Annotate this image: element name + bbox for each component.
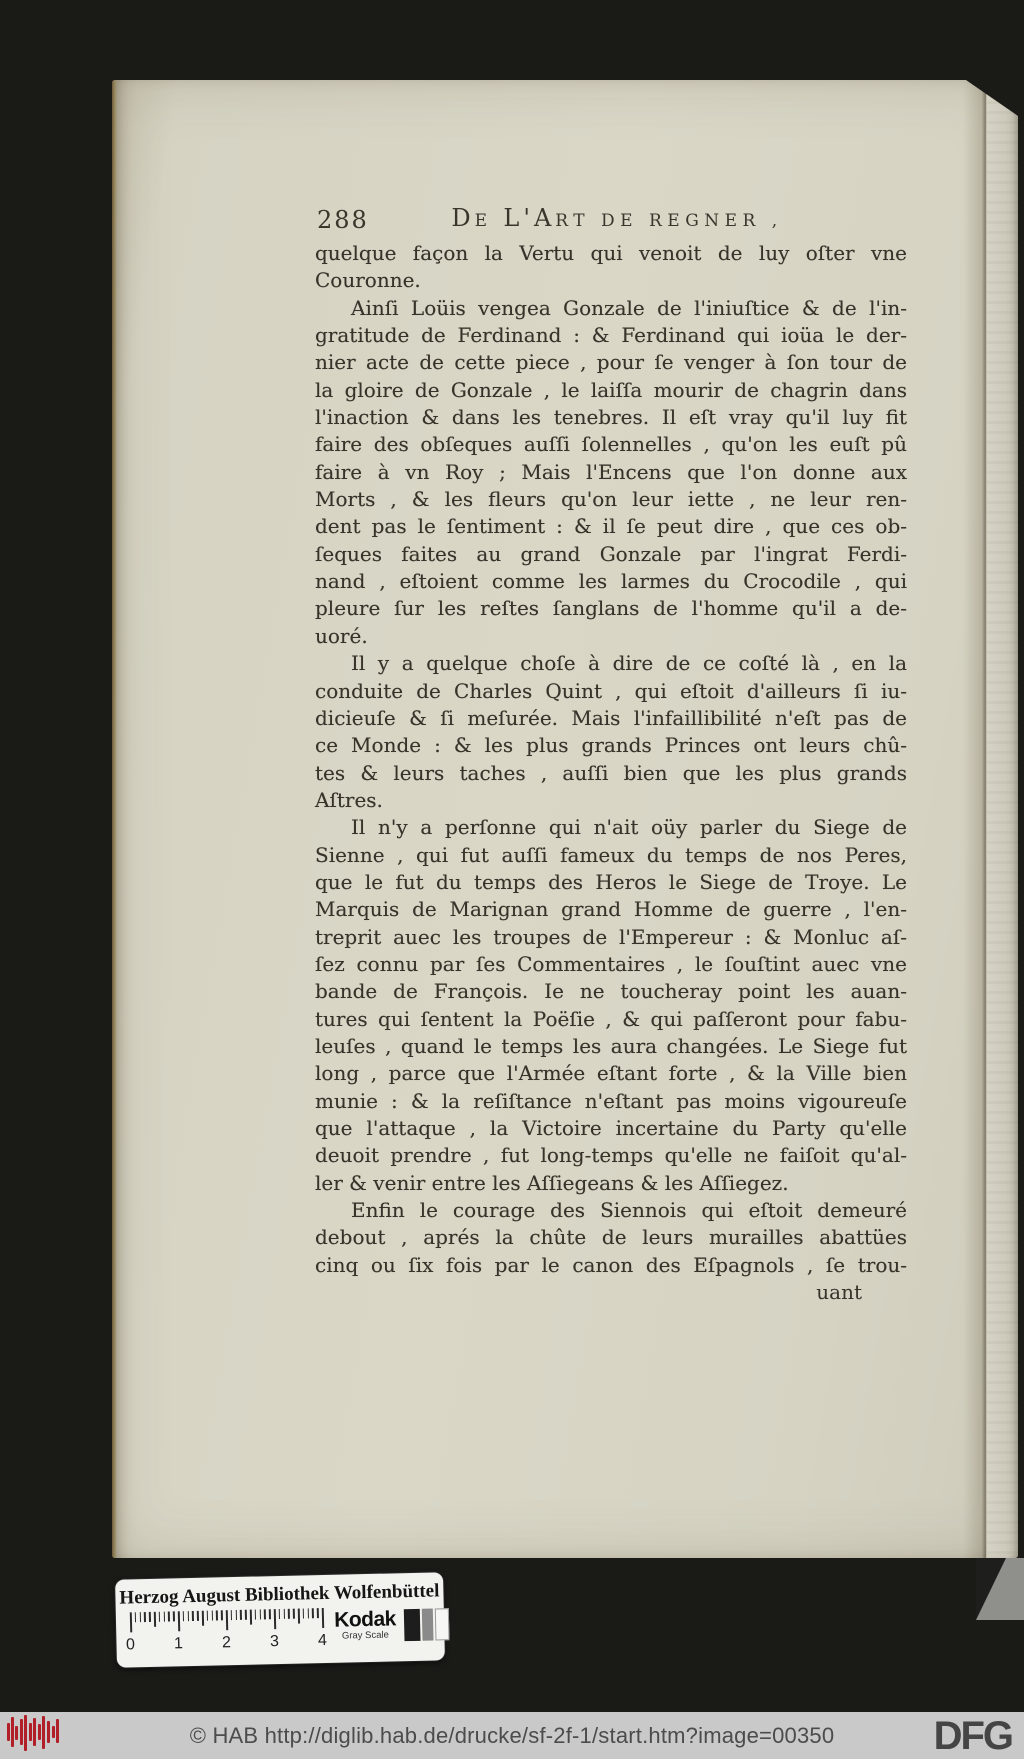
running-title-segment: L'A	[503, 204, 555, 232]
ruler-number: 2	[222, 1634, 231, 1652]
running-title-segment: E	[475, 211, 504, 231]
text-line: quelque façon la Vertu qui venoit de luy…	[315, 240, 907, 267]
ruler-tick	[178, 1611, 180, 1631]
ruler-tick	[322, 1608, 324, 1628]
text-line: Sienne , qui fut auſſi fameux du temps d…	[315, 842, 907, 869]
kodak-block: Kodak Gray Scale	[328, 1607, 403, 1642]
body-text: quelque façon la Vertu qui venoit de luy…	[315, 240, 907, 1279]
running-title-segment: D	[451, 204, 474, 232]
label-row: 01234 Kodak Gray Scale	[116, 1602, 445, 1661]
book-lower-edge	[976, 1558, 1024, 1620]
text-line: long , parce que l'Armée eſtant forte , …	[315, 1060, 907, 1087]
ruler-tick	[135, 1612, 137, 1622]
ruler-tick	[250, 1610, 252, 1625]
library-label: Herzog August Bibliothek Wolfenbüttel 01…	[115, 1572, 445, 1667]
ruler-number: 0	[126, 1636, 135, 1654]
text-line: nand , eſtoient comme les larmes du Croc…	[315, 568, 907, 595]
ruler-tick	[226, 1610, 228, 1630]
ruler-tick	[159, 1612, 161, 1622]
ruler-tick	[163, 1612, 165, 1622]
ruler-tick	[307, 1608, 309, 1618]
running-title-segment: RT	[555, 211, 601, 231]
text-line: Enfin le courage des Siennois qui eſtoit…	[315, 1197, 907, 1224]
ruler-tick	[154, 1612, 156, 1627]
page-header: 288 DE L'ART DE REGNER ,	[112, 204, 1018, 238]
running-title-segment: REGNER ,	[649, 211, 783, 231]
ruler-tick	[149, 1612, 151, 1622]
book-page-edges	[987, 84, 1018, 1558]
source-url: © HAB http://diglib.hab.de/drucke/sf-2f-…	[0, 1712, 1024, 1759]
ruler-tick	[197, 1611, 199, 1621]
ruler-tick	[312, 1608, 314, 1618]
text-line: Aſtres.	[315, 787, 907, 814]
ruler-tick	[173, 1611, 175, 1621]
text-line: Ainſi Loüis vengea Gonzale de l'iniuſtic…	[315, 295, 907, 322]
ruler-tick	[279, 1609, 281, 1619]
patch-white	[435, 1608, 450, 1640]
ruler-tick	[255, 1610, 257, 1620]
text-line: pleure ſur les reſtes ſanglans de l'homm…	[315, 595, 907, 622]
text-line: nier acte de cette piece , pour ſe venge…	[315, 349, 907, 376]
ruler-tick	[269, 1609, 271, 1619]
ruler-tick	[293, 1609, 295, 1619]
page-number: 288	[317, 206, 369, 234]
ruler-tick	[303, 1608, 305, 1618]
ruler-tick	[298, 1609, 300, 1624]
dfg-logo: DFG	[934, 1713, 1012, 1759]
book-page: 288 DE L'ART DE REGNER , quelque façon l…	[112, 80, 1018, 1558]
text-line: ce Monde : & les plus grands Princes ont…	[315, 732, 907, 759]
ruler-tick	[207, 1611, 209, 1621]
ruler-tick	[259, 1609, 261, 1619]
scan-viewport: 288 DE L'ART DE REGNER , quelque façon l…	[0, 0, 1024, 1759]
page-gutter-fold	[963, 80, 987, 1558]
ruler-tick	[216, 1610, 218, 1620]
text-line: ſez connu par ſes Commentaires , le ſouſ…	[315, 951, 907, 978]
running-title-segment: DE	[601, 211, 649, 231]
text-line: Il y a quelque choſe à dire de ce coſté …	[315, 650, 907, 677]
ruler-tick	[187, 1611, 189, 1621]
text-line: faire des obſeques auſſi ſolennelles , q…	[315, 431, 907, 458]
patch-black	[404, 1609, 421, 1641]
text-line: Couronne.	[315, 267, 907, 294]
ruler-tick	[221, 1610, 223, 1620]
ruler-tick	[264, 1609, 266, 1619]
text-line: Morts , & les fleurs qu'on leur iette , …	[315, 486, 907, 513]
ruler-tick	[202, 1611, 204, 1626]
text-line: dent pas le ſentiment : & il ſe peut dir…	[315, 513, 907, 540]
ruler-tick	[168, 1611, 170, 1621]
page-corner-shadow	[966, 80, 1018, 116]
ruler-tick	[283, 1609, 285, 1619]
text-line: leuſes , quand le temps les aura changée…	[315, 1033, 907, 1060]
text-line: la gloire de Gonzale , le laiſſa mourir …	[315, 377, 907, 404]
ruler-tick	[231, 1610, 233, 1620]
text-line: dicieuſe & ſi meſurée. Mais l'infaillibi…	[315, 705, 907, 732]
text-line: uoré.	[315, 623, 907, 650]
catchword: uant	[315, 1279, 907, 1306]
ruler-tick	[240, 1610, 242, 1620]
patch-gray	[422, 1609, 434, 1641]
ruler-number: 4	[318, 1632, 327, 1650]
running-title: DE L'ART DE REGNER ,	[442, 204, 792, 232]
ruler-number: 1	[174, 1635, 183, 1653]
ruler-tick	[183, 1611, 185, 1621]
text-line: munie : & la reſiſtance n'eſtant pas moi…	[315, 1088, 907, 1115]
ruler-tick	[245, 1610, 247, 1620]
text-line: ſeques faites au grand Gonzale par l'ing…	[315, 541, 907, 568]
ruler-tick	[192, 1611, 194, 1621]
text-line: Marquis de Marignan grand Homme de guerr…	[315, 896, 907, 923]
text-line: Il n'y a perſonne qui n'ait oüy parler d…	[315, 814, 907, 841]
text-line: faire à vn Roy ; Mais l'Encens que l'on …	[315, 459, 907, 486]
ruler-tick	[274, 1609, 276, 1629]
text-line: conduite de Charles Quint , qui eſtoit d…	[315, 678, 907, 705]
text-line: tures qui ſentent la Poëſie , & qui paſſ…	[315, 1006, 907, 1033]
gray-scale-patches	[404, 1608, 450, 1641]
text-line: cinq ou ſix fois par le canon des Eſpagn…	[315, 1252, 907, 1279]
ruler-tick	[139, 1612, 141, 1622]
kodak-wordmark: Kodak	[328, 1607, 403, 1633]
footer-bar: © HAB http://diglib.hab.de/drucke/sf-2f-…	[0, 1712, 1024, 1759]
text-line: que le fut du temps des Heros le Siege d…	[315, 869, 907, 896]
ruler-tick	[317, 1608, 319, 1618]
text-line: que l'attaque , la Victoire incertaine d…	[315, 1115, 907, 1142]
ruler-tick	[130, 1612, 132, 1632]
text-line: l'inaction & dans les tenebres. Il eſt v…	[315, 404, 907, 431]
text-line: gratitude de Ferdinand : & Ferdinand qui…	[315, 322, 907, 349]
ruler-tick	[235, 1610, 237, 1620]
text-line: bande de François. Ie ne toucheray point…	[315, 978, 907, 1005]
ruler-number: 3	[270, 1633, 279, 1651]
ruler-tick	[211, 1611, 213, 1621]
ruler: 01234	[130, 1608, 341, 1659]
ruler-tick	[144, 1612, 146, 1622]
text-line: deuoit prendre , fut long-temps qu'elle …	[315, 1142, 907, 1169]
text-line: ler & venir entre les Aſſiegeans & les A…	[315, 1170, 907, 1197]
text-line: debout , aprés la chûte de leurs muraill…	[315, 1224, 907, 1251]
text-line: tes & leurs taches , auſſi bien que les …	[315, 760, 907, 787]
text-line: treprit auec les troupes de l'Empereur :…	[315, 924, 907, 951]
ruler-tick	[288, 1609, 290, 1619]
